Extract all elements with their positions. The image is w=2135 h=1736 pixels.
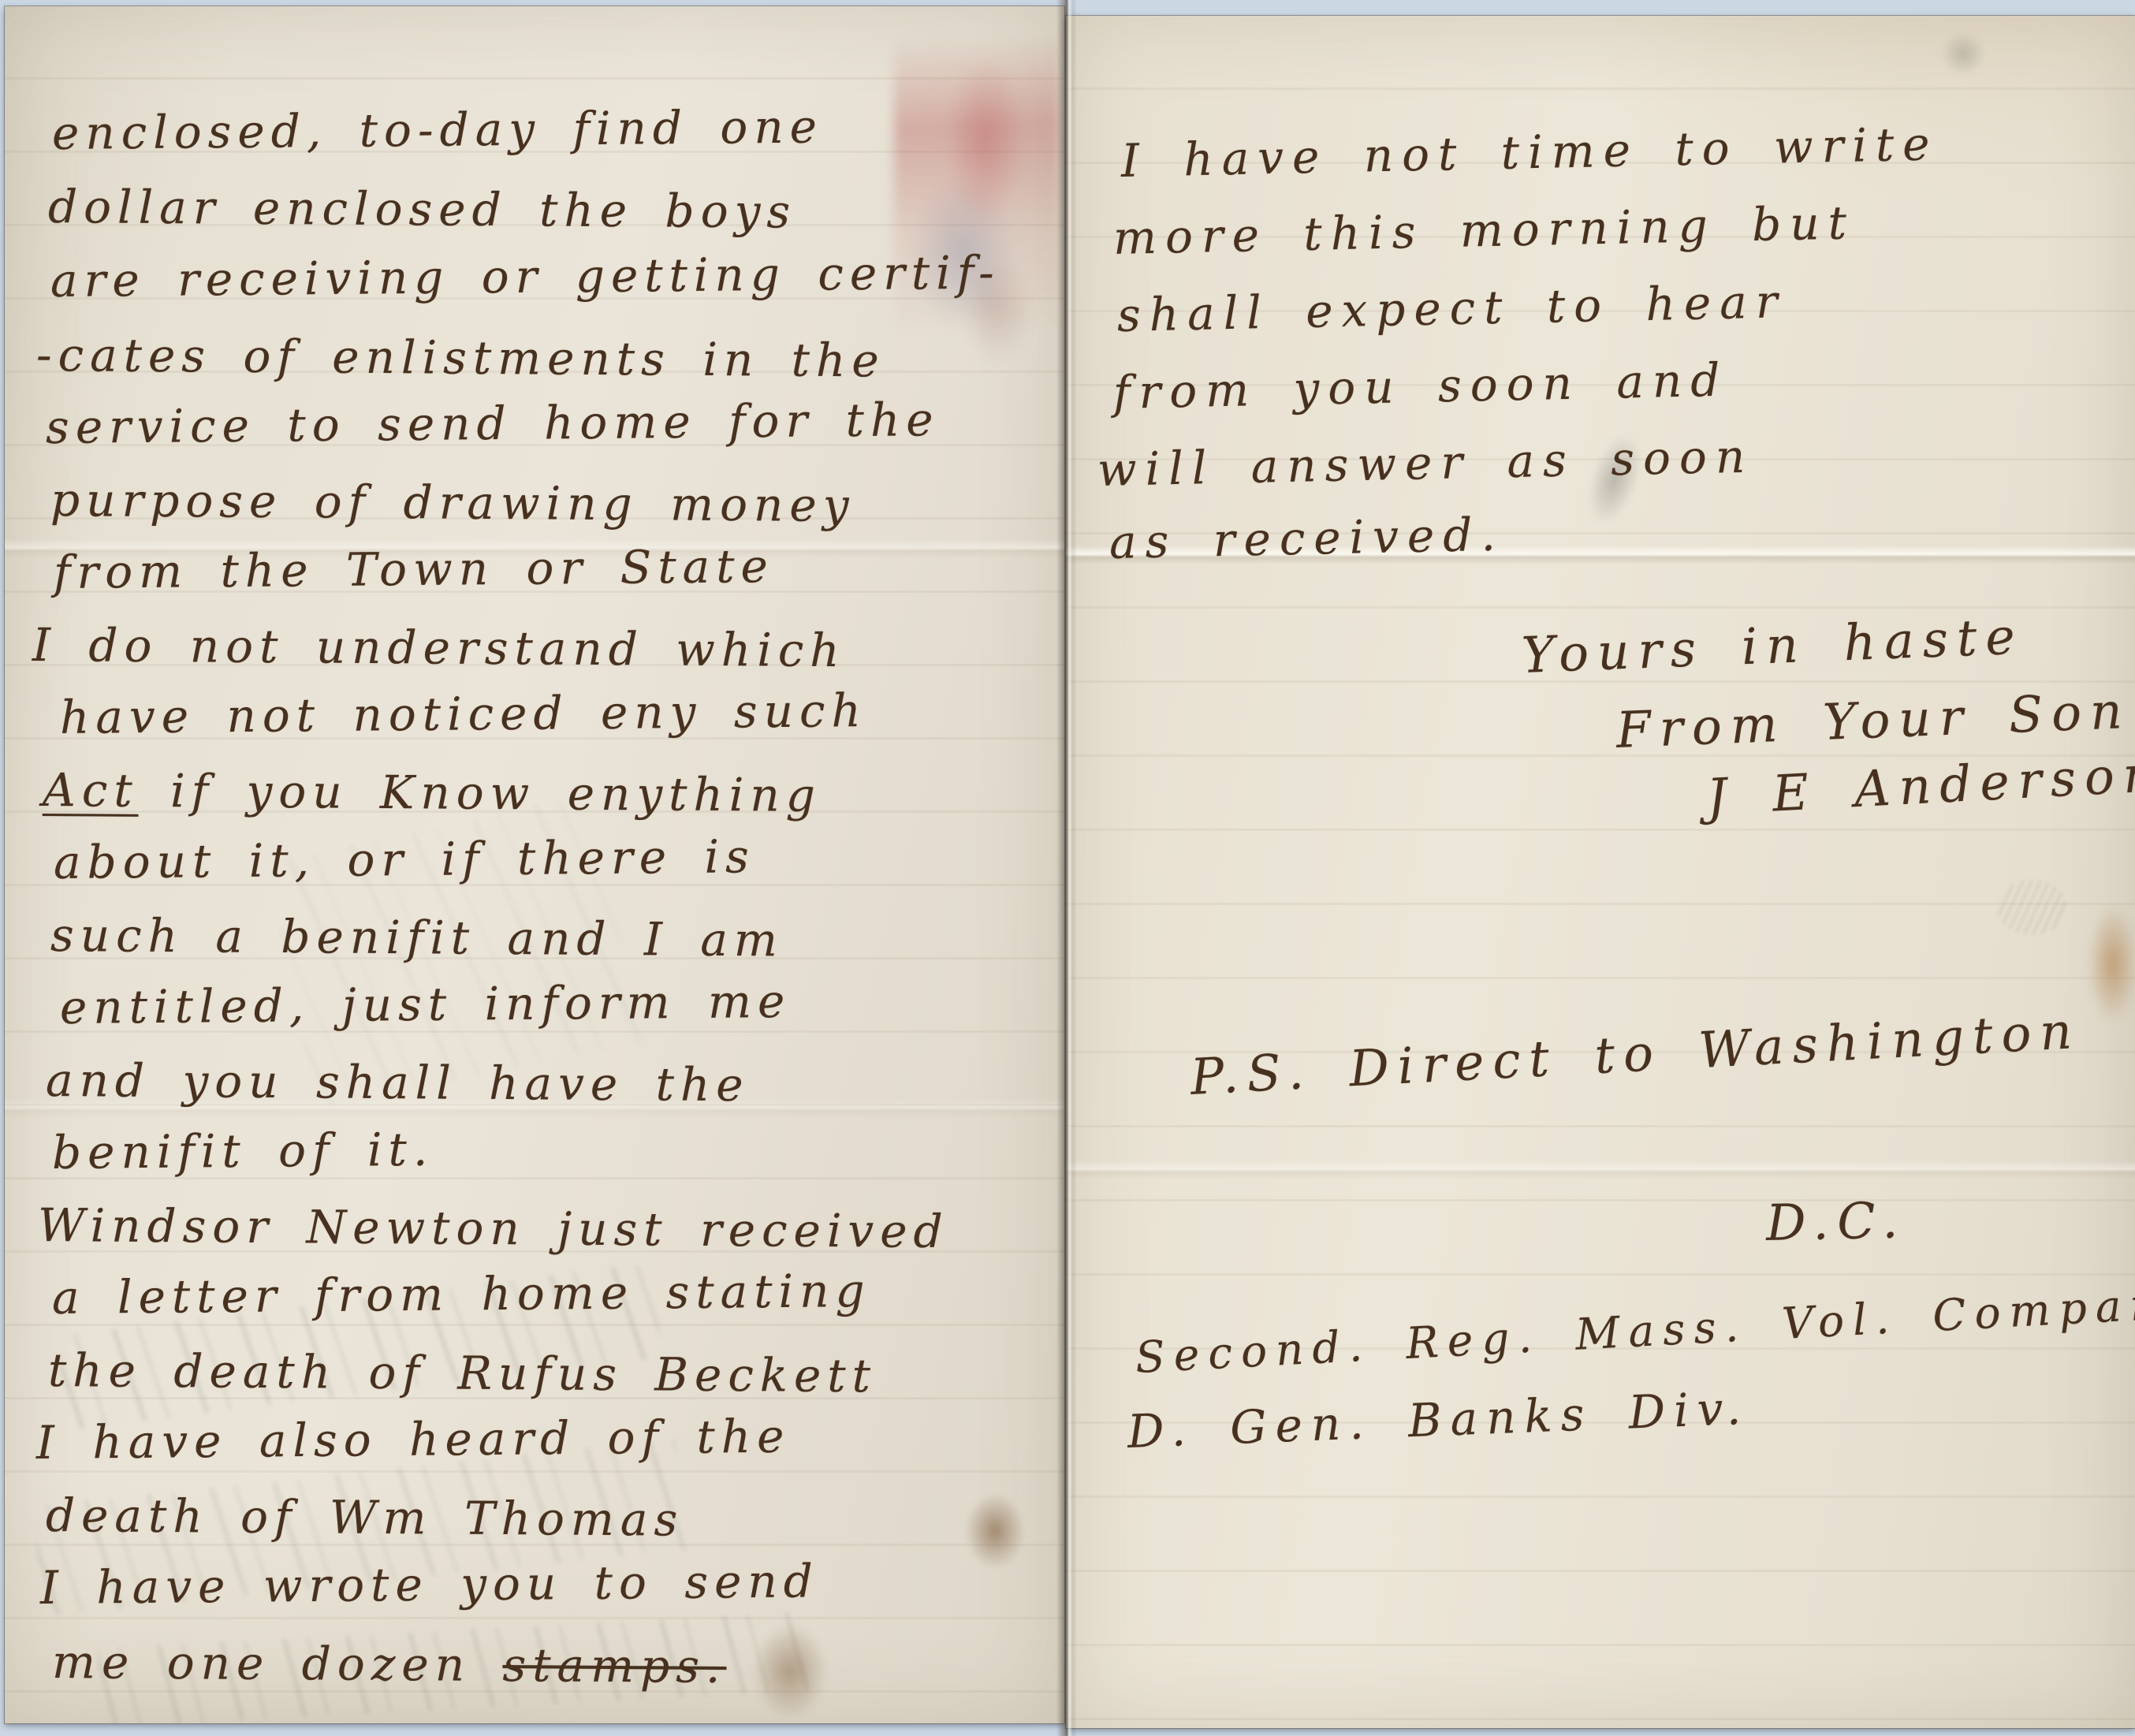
signature: J E Anderson <box>1705 745 2135 826</box>
letter-line: purpose of drawing money <box>50 473 855 532</box>
letter-line-text: me one dozen <box>52 1635 471 1692</box>
letter-line: about it, or if there is <box>54 829 755 889</box>
flag-watermark <box>894 38 1060 385</box>
letter-line: Windsor Newton just received <box>38 1198 949 1258</box>
letter-line: service to send home for the <box>46 393 940 454</box>
letter-line: the death of Rufus Beckett <box>48 1343 877 1403</box>
letter-line: will answer as soon <box>1097 430 1754 497</box>
letter-line: -cates of enlistments in the <box>36 328 885 388</box>
letter-line: I have wrote you to send <box>40 1554 819 1615</box>
postscript-line: D.C. <box>1765 1191 1907 1252</box>
letter-line: me one dozen stamps. <box>52 1635 727 1693</box>
letter-page-left: enclosed, to-day find one dollar enclose… <box>5 6 1064 1723</box>
letter-line: from you soon and <box>1112 353 1729 419</box>
struck-word: stamps. <box>502 1638 726 1693</box>
closing-line: Yours in haste <box>1521 608 2025 684</box>
letter-line: and you shall have the <box>46 1053 750 1112</box>
letter-line: shall expect to hear <box>1116 274 1787 342</box>
page-fold-seam <box>1056 0 1077 1736</box>
smudge <box>1941 32 1985 76</box>
letter-line: entitled, just inform me <box>60 974 792 1034</box>
regiment-line: D. Gen. Banks Div. <box>1127 1381 1750 1458</box>
letter-line: I have not time to write <box>1120 117 1939 188</box>
letter-line: I do not understand which <box>32 618 846 677</box>
letter-line: a letter from home stating <box>52 1264 871 1324</box>
letter-line: Act if you Know enything <box>43 763 822 822</box>
letter-line: are receiving or getting certif- <box>50 245 1000 307</box>
letter-line-text: if you Know enything <box>170 764 822 822</box>
letter-scan: enclosed, to-day find one dollar enclose… <box>0 0 2135 1736</box>
letter-line: death of Wm Thomas <box>46 1488 684 1547</box>
underlined-word: Act <box>43 763 139 818</box>
fold-crease <box>1066 1160 2135 1179</box>
letter-line: enclosed, to-day find one <box>52 99 824 160</box>
letter-page-right: I have not time to write more this morni… <box>1066 16 2135 1728</box>
ink-blot <box>752 1624 828 1719</box>
ink-blot <box>2088 905 2135 1023</box>
regiment-line: Second. Reg. Mass. Vol. Company <box>1134 1276 2135 1383</box>
letter-line: such a benifit and I am <box>50 908 784 967</box>
letter-line: I have also heard of the <box>36 1410 791 1470</box>
letter-line: as received. <box>1108 508 1504 569</box>
closing-line: From Your Son <box>1615 682 2132 759</box>
letter-line: from the Town or State <box>54 539 774 599</box>
letter-line: have not noticed eny such <box>60 684 867 744</box>
ink-blot <box>965 1493 1025 1569</box>
postscript-line: P.S. Direct to Washington <box>1189 1002 2081 1106</box>
letter-line: benifit of it. <box>52 1123 434 1179</box>
smudge <box>1996 880 2067 935</box>
letter-line: more this morning but <box>1112 196 1855 265</box>
letter-line: dollar enclosed the boys <box>48 180 797 239</box>
